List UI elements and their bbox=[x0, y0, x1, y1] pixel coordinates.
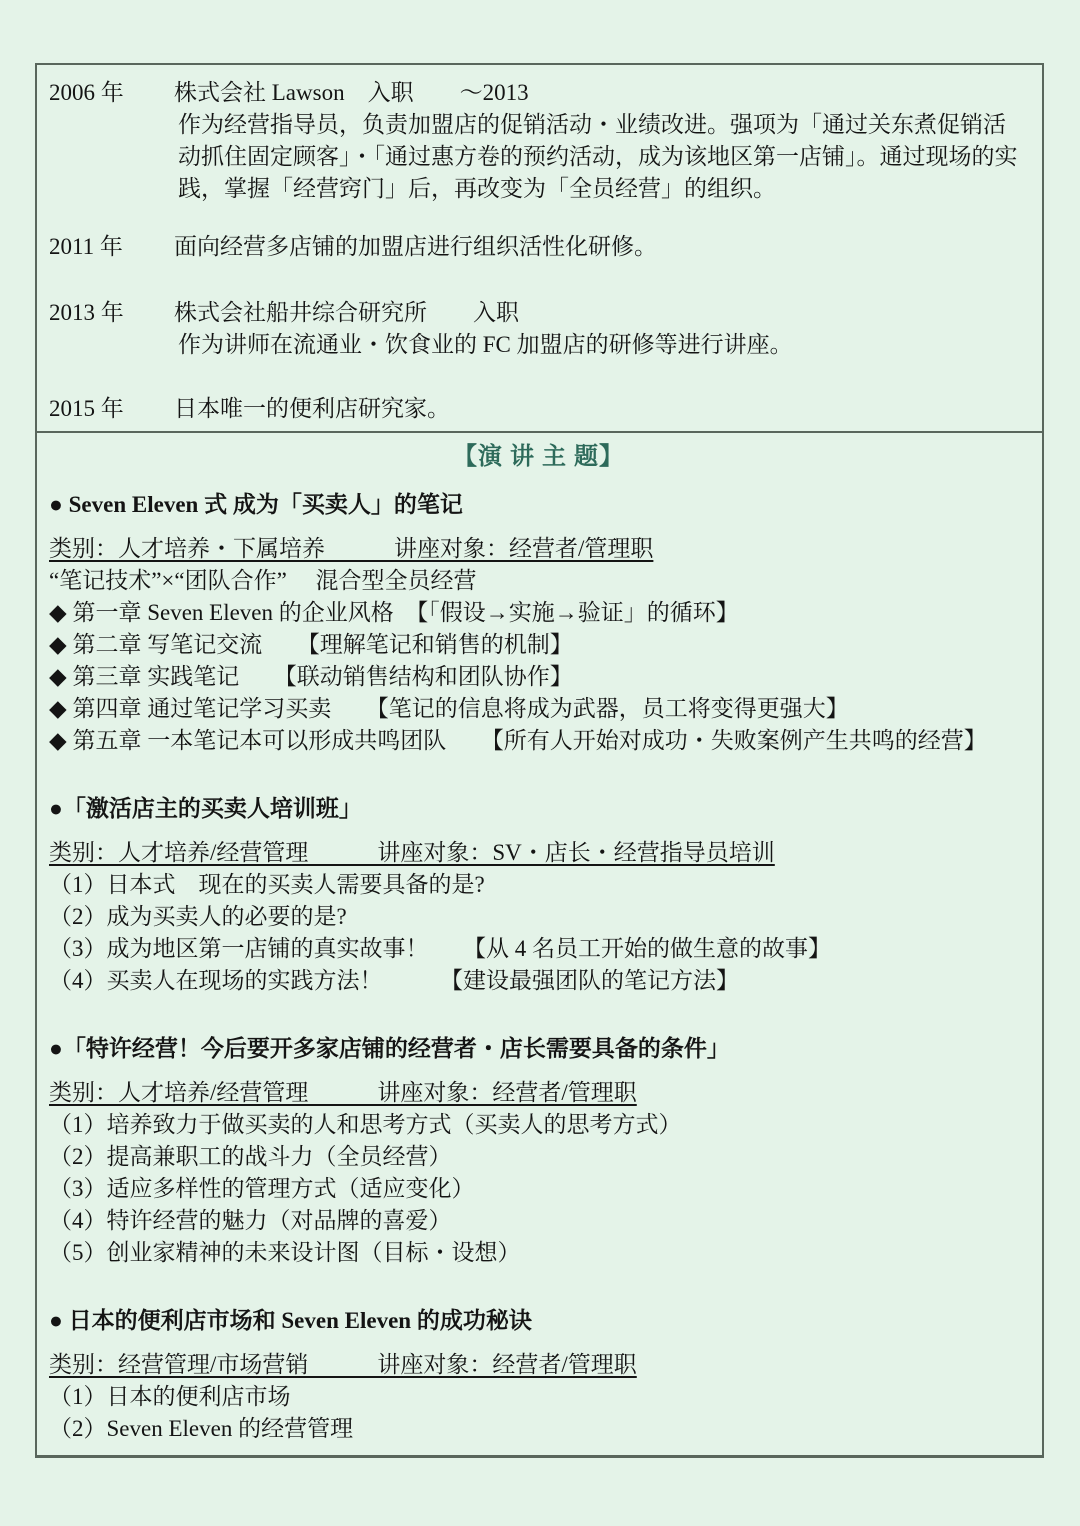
topic-line: （4）买卖人在现场的实践方法！ 【建设最强团队的笔记方法】 bbox=[49, 965, 1028, 997]
topic-line: （1）日本的便利店市场 bbox=[49, 1381, 1028, 1413]
topic-seven-eleven-notes: ● Seven Eleven 式 成为「买卖人」的笔记 类别：人才培养・下属培养… bbox=[49, 489, 1028, 757]
document-box: 2006 年 株式会社 Lawson 入职 ～2013 作为经营指导员，负责加盟… bbox=[35, 63, 1044, 1458]
topic-franchise-conditions: ●「特许经营！今后要开多家店铺的经营者・店长需要具备的条件」 类别：人才培养/经… bbox=[49, 1033, 1028, 1269]
timeline-entry-2006: 2006 年 株式会社 Lawson 入职 ～2013 作为经营指导员，负责加盟… bbox=[49, 77, 1028, 205]
timeline-entry-row: 2011 年 面向经营多店铺的加盟店进行组织活性化研修。 bbox=[49, 231, 1028, 263]
topic-line: （2）成为买卖人的必要的是? bbox=[49, 901, 1028, 933]
topic-title: ●「特许经营！今后要开多家店铺的经营者・店长需要具备的条件」 bbox=[49, 1033, 1028, 1065]
timeline-year: 2006 年 bbox=[49, 77, 174, 109]
topic-line: “笔记技术”×“团队合作” 混合型全员经营 bbox=[49, 565, 1028, 597]
timeline-entry-row: 2015 年 日本唯一的便利店研究家。 bbox=[49, 393, 1028, 425]
topic-line: （2）提高兼职工的战斗力（全员经营） bbox=[49, 1141, 1028, 1173]
timeline-entry-description: 作为讲师在流通业・饮食业的 FC 加盟店的研修等进行讲座。 bbox=[178, 329, 1028, 361]
topic-meta-text: 类别：人才培养・下属培养 讲座对象：经营者/管理职 bbox=[49, 536, 653, 561]
timeline-entry-row: 2006 年 株式会社 Lawson 入职 ～2013 bbox=[49, 77, 1028, 109]
topic-line: ◆ 第一章 Seven Eleven 的企业风格 【「假设→实施→验证」的循环】 bbox=[49, 597, 1028, 629]
timeline-entry-title: 日本唯一的便利店研究家。 bbox=[174, 393, 1028, 425]
timeline-year: 2015 年 bbox=[49, 393, 174, 425]
topic-line: ◆ 第四章 通过笔记学习买卖 【笔记的信息将成为武器，员工将变得更强大】 bbox=[49, 693, 1028, 725]
topic-meta-text: 类别：经营管理/市场营销 讲座对象：经营者/管理职 bbox=[49, 1352, 637, 1377]
lecture-topics-section: 【演 讲 主 题】 ● Seven Eleven 式 成为「买卖人」的笔记 类别… bbox=[37, 433, 1042, 1455]
career-timeline-section: 2006 年 株式会社 Lawson 入职 ～2013 作为经营指导员，负责加盟… bbox=[37, 65, 1042, 433]
timeline-entry-2015: 2015 年 日本唯一的便利店研究家。 bbox=[49, 393, 1028, 425]
topic-line: ◆ 第三章 实践笔记 【联动销售结构和团队协作】 bbox=[49, 661, 1028, 693]
topic-line: （4）特许经营的魅力（对品牌的喜爱） bbox=[49, 1205, 1028, 1237]
topic-title: ● 日本的便利店市场和 Seven Eleven 的成功秘诀 bbox=[49, 1305, 1028, 1337]
topic-line: ◆ 第二章 写笔记交流 【理解笔记和销售的机制】 bbox=[49, 629, 1028, 661]
topic-line: （1）培养致力于做买卖的人和思考方式（买卖人的思考方式） bbox=[49, 1109, 1028, 1141]
document-page: 2006 年 株式会社 Lawson 入职 ～2013 作为经营指导员，负责加盟… bbox=[0, 0, 1080, 1526]
topic-title: ● Seven Eleven 式 成为「买卖人」的笔记 bbox=[49, 489, 1028, 521]
timeline-entry-title: 株式会社 Lawson 入职 ～2013 bbox=[174, 77, 1028, 109]
timeline-entry-row: 2013 年 株式会社船井综合研究所 入职 bbox=[49, 297, 1028, 329]
topic-meta-text: 类别：人才培养/经营管理 讲座对象：经营者/管理职 bbox=[49, 1080, 637, 1105]
timeline-entry-2013: 2013 年 株式会社船井综合研究所 入职 作为讲师在流通业・饮食业的 FC 加… bbox=[49, 297, 1028, 361]
topic-line: （1）日本式 现在的买卖人需要具备的是? bbox=[49, 869, 1028, 901]
section-heading: 【演 讲 主 题】 bbox=[49, 441, 1028, 473]
timeline-entry-title: 株式会社船井综合研究所 入职 bbox=[174, 297, 1028, 329]
topic-line: ◆ 第五章 一本笔记本可以形成共鸣团队 【所有人开始对成功・失败案例产生共鸣的经… bbox=[49, 725, 1028, 757]
topic-line: （2）Seven Eleven 的经营管理 bbox=[49, 1413, 1028, 1445]
topic-meta: 类别：人才培养/经营管理 讲座对象：经营者/管理职 bbox=[49, 1077, 1028, 1109]
topic-meta: 类别：人才培养/经营管理 讲座对象：SV・店长・经营指导员培训 bbox=[49, 837, 1028, 869]
topic-meta-text: 类别：人才培养/经营管理 讲座对象：SV・店长・经营指导员培训 bbox=[49, 840, 775, 865]
topic-meta: 类别：人才培养・下属培养 讲座对象：经营者/管理职 bbox=[49, 533, 1028, 565]
timeline-entry-2011: 2011 年 面向经营多店铺的加盟店进行组织活性化研修。 bbox=[49, 231, 1028, 263]
topic-shopkeeper-training: ●「激活店主的买卖人培训班」 类别：人才培养/经营管理 讲座对象：SV・店长・经… bbox=[49, 793, 1028, 997]
topic-line: （3）适应多样性的管理方式（适应变化） bbox=[49, 1173, 1028, 1205]
topic-title: ●「激活店主的买卖人培训班」 bbox=[49, 793, 1028, 825]
timeline-entry-description: 作为经营指导员，负责加盟店的促销活动・业绩改进。强项为「通过关东煮促销活动抓住固… bbox=[178, 109, 1028, 205]
topic-meta: 类别：经营管理/市场营销 讲座对象：经营者/管理职 bbox=[49, 1349, 1028, 1381]
timeline-year: 2013 年 bbox=[49, 297, 174, 329]
topic-line: （5）创业家精神的未来设计图（目标・设想） bbox=[49, 1237, 1028, 1269]
timeline-year: 2011 年 bbox=[49, 231, 174, 263]
timeline-entry-title: 面向经营多店铺的加盟店进行组织活性化研修。 bbox=[174, 231, 1028, 263]
topic-cvs-market-success: ● 日本的便利店市场和 Seven Eleven 的成功秘诀 类别：经营管理/市… bbox=[49, 1305, 1028, 1445]
topic-line: （3）成为地区第一店铺的真实故事！ 【从 4 名员工开始的做生意的故事】 bbox=[49, 933, 1028, 965]
